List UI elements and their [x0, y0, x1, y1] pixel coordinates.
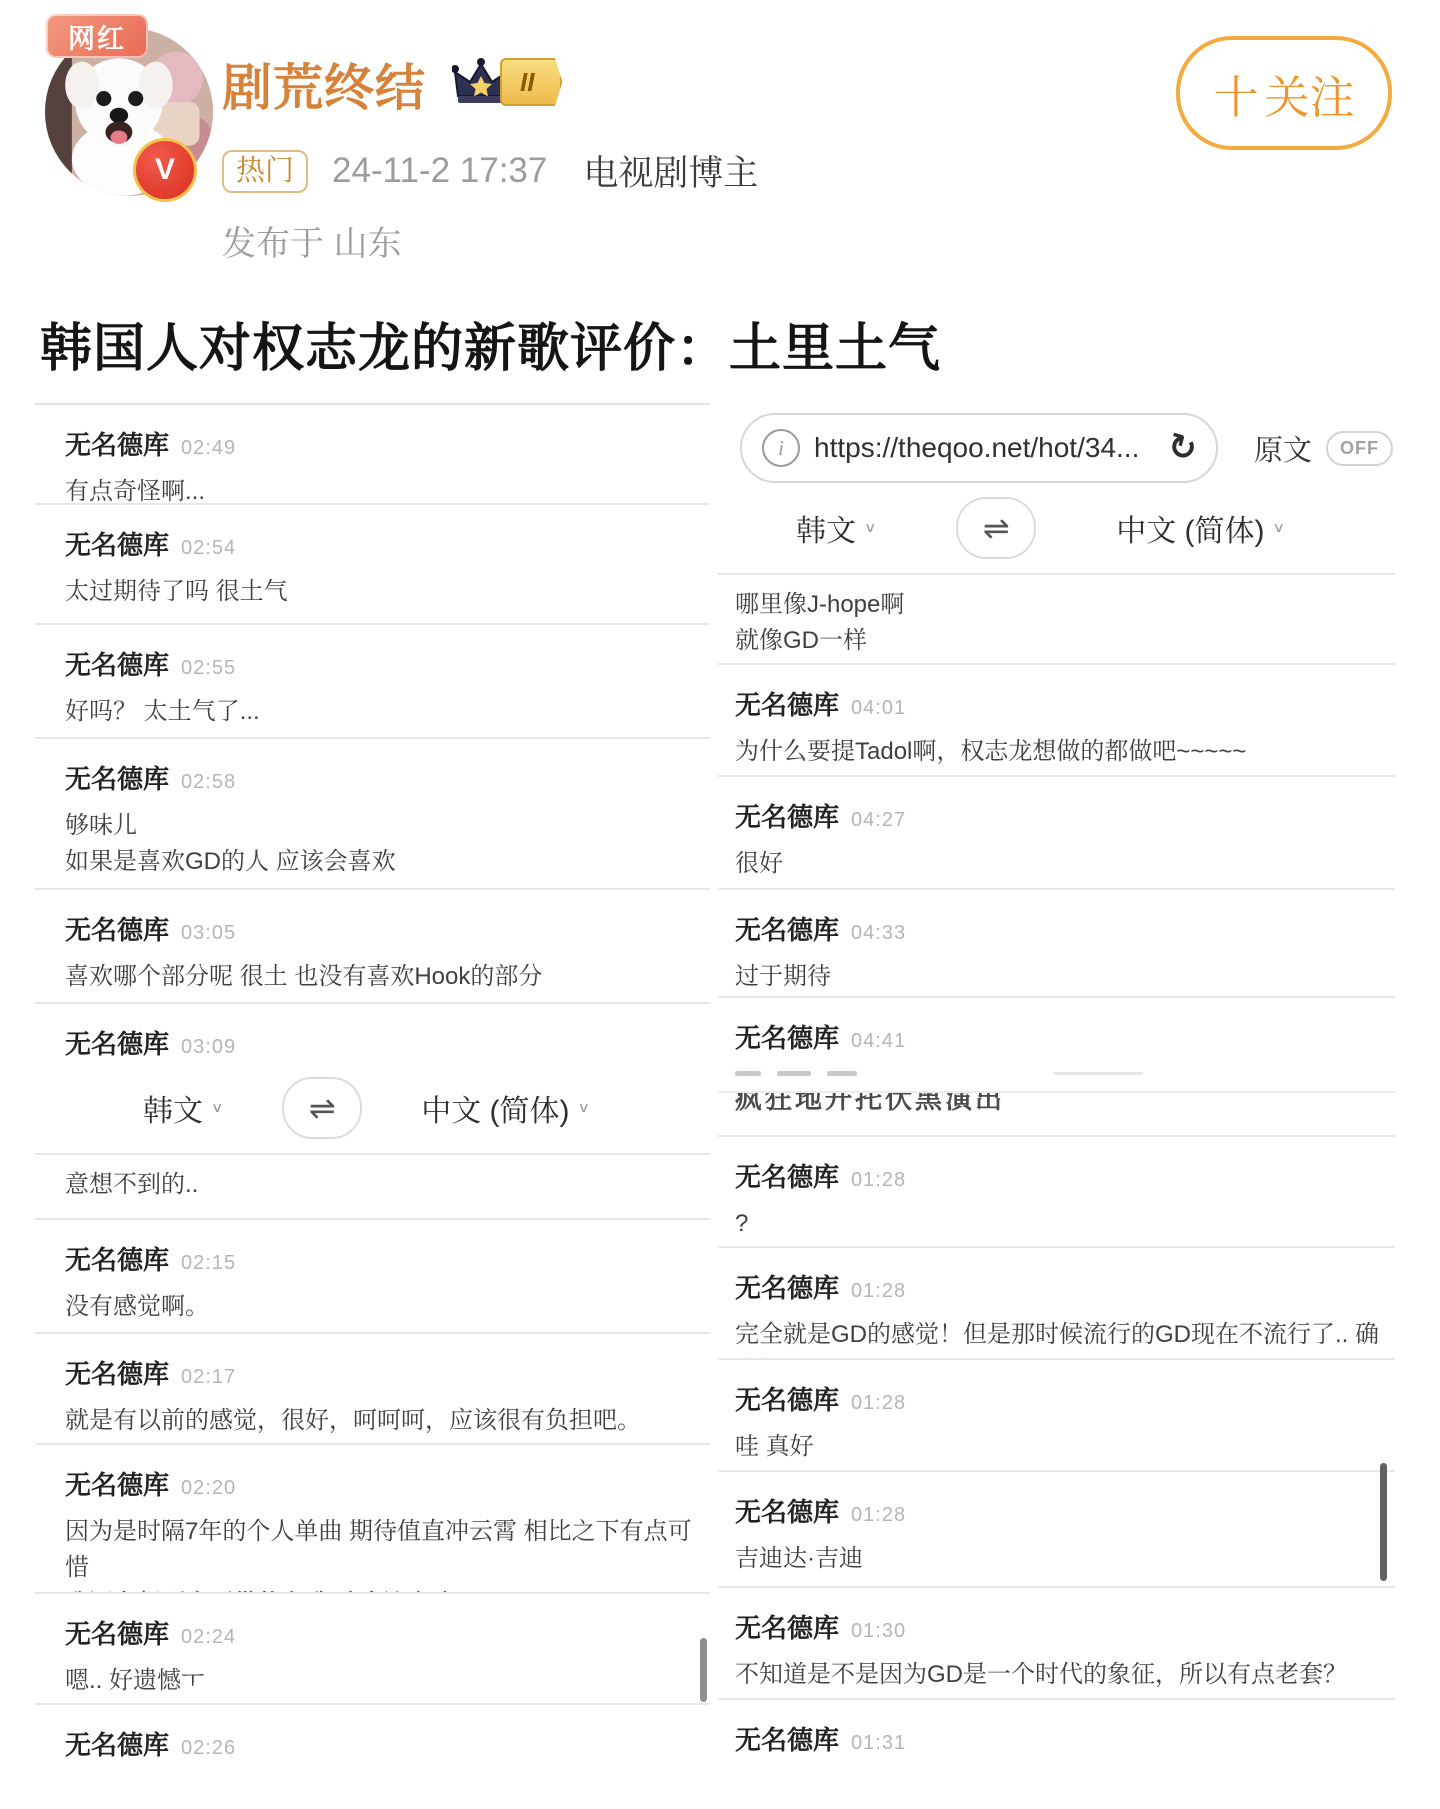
plus-icon: 十	[1213, 61, 1258, 126]
comment-body: 就是有以前的感觉，很好，呵呵呵，应该很有负担吧。	[65, 1403, 700, 1439]
chevron-down-icon: ∨	[211, 1100, 223, 1116]
comment-time: 03:05	[181, 922, 236, 945]
comment-author: 无名德库	[65, 1024, 169, 1061]
target-language-dropdown[interactable]: 中文 (简体)∨	[1116, 506, 1285, 550]
comment-text: 够味儿	[65, 808, 700, 844]
comment-text: 我还在想到底要带什么歌 才会这么晚	[65, 1586, 700, 1594]
comment-body: 完全就是GD的感觉！但是那时候流行的GD现在不流行了.. 确实如此	[735, 1317, 1385, 1360]
verified-v-icon: V	[133, 138, 197, 202]
url-text: https://theqoo.net/hot/34...	[814, 432, 1139, 464]
comment-text: 没有感觉啊。	[65, 1289, 700, 1325]
comment-time: 03:09	[181, 1036, 236, 1059]
comment-time: 01:28	[851, 1280, 906, 1303]
comment-text: 为什么要提Tadol啊，权志龙想做的都做吧~~~~~	[735, 734, 1385, 770]
comment-body: 吉迪达·吉迪	[735, 1541, 1385, 1577]
translator-bar: 韩文∨⇌中文 (简体)∨	[718, 493, 1395, 575]
comment-body: 不知道是不是因为GD是一个时代的象征，所以有点老套？	[735, 1657, 1385, 1693]
swap-languages-button[interactable]: ⇌	[956, 497, 1036, 559]
comment-time: 01:30	[851, 1620, 906, 1643]
comment-header: 无名德库01:30	[735, 1608, 1385, 1645]
comment-text: 吉迪达·吉迪	[735, 1541, 1385, 1577]
comment-body: 哇 真好	[735, 1429, 1385, 1465]
right-screenshot-scrollbar[interactable]	[1380, 1463, 1387, 1581]
comment-row: 无名德库02:58够味儿如果是喜欢GD的人 应该会喜欢	[35, 739, 710, 890]
comment-text: 太过期待了吗 很土气	[65, 574, 700, 610]
comment-row: 无名德库02:49有点奇怪啊...	[35, 405, 710, 505]
comment-text: 因为是时隔7年的个人单曲 期待值直冲云霄 相比之下有点可惜	[65, 1514, 700, 1586]
comment-author: 无名德库	[65, 425, 169, 462]
comment-row: 无名德库04:27很好	[718, 777, 1395, 890]
comment-body: 嗯.. 好遗憾ㅜ	[65, 1663, 700, 1699]
comment-header: 无名德库01:28	[735, 1492, 1385, 1529]
comment-text: 嗯.. 好遗憾ㅜ	[65, 1663, 700, 1699]
comment-header: 无名德库01:28	[735, 1268, 1385, 1305]
source-language-dropdown[interactable]: 韩文∨	[143, 1086, 223, 1130]
comment-text: ?	[735, 1206, 1385, 1242]
comment-header: 无名德库02:49	[65, 425, 700, 462]
comment-time: 02:15	[181, 1252, 236, 1275]
comment-header: 无名德库01:28	[735, 1157, 1385, 1194]
comment-time: 04:01	[851, 697, 906, 720]
comment-row: 无名德库01:31	[718, 1700, 1395, 1805]
comment-time: 02:17	[181, 1366, 236, 1389]
comment-author: 无名德库	[735, 797, 839, 834]
comment-header: 无名德库01:31	[735, 1720, 1385, 1757]
comment-row: 无名德库04:01为什么要提Tadol啊，权志龙想做的都做吧~~~~~	[718, 665, 1395, 777]
comment-row: 无名德库02:15没有感觉啊。	[35, 1220, 710, 1334]
comment-author: 无名德库	[735, 1608, 839, 1645]
comment-header: 无名德库03:05	[65, 910, 700, 947]
comment-time: 01:31	[851, 1732, 906, 1755]
comment-body: 为什么要提Tadol啊，权志龙想做的都做吧~~~~~	[735, 734, 1385, 770]
cropped-text-remnant	[735, 1065, 1385, 1081]
comment-author: 无名德库	[735, 1380, 839, 1417]
comment-body: 因为是时隔7年的个人单曲 期待值直冲云霄 相比之下有点可惜我还在想到底要带什么歌…	[65, 1514, 700, 1594]
comment-text: 有点奇怪啊...	[65, 474, 700, 505]
comment-row: 无名德库01:28?	[718, 1137, 1395, 1248]
comment-text: 就像GD一样	[735, 623, 1385, 659]
comment-body: 意想不到的..	[65, 1167, 700, 1203]
comment-row: 无名德库01:30不知道是不是因为GD是一个时代的象征，所以有点老套？	[718, 1588, 1395, 1700]
comment-author: 无名德库	[65, 759, 169, 796]
original-toggle-off[interactable]: OFF	[1326, 431, 1393, 466]
weibo-post-page: 网红 V 剧荒终结 II 热门 24-11-2 17:37 电视剧博主 发布于 …	[0, 0, 1440, 1809]
comment-author: 无名德库	[65, 1240, 169, 1277]
comment-text: 过于期待	[735, 959, 1385, 995]
comment-time: 01:28	[851, 1504, 906, 1527]
comment-row: 意想不到的..	[35, 1155, 710, 1220]
comment-text: 完全就是GD的感觉！但是那时候流行的GD现在不流行了.. 确实如此	[735, 1317, 1385, 1360]
level-roman-numeral: II	[500, 58, 562, 106]
comment-author: 无名德库	[735, 910, 839, 947]
refresh-icon[interactable]: ↻	[1163, 425, 1201, 471]
comment-author: 无名德库	[65, 1465, 169, 1502]
comment-author: 无名德库	[735, 1720, 839, 1757]
comment-header: 无名德库04:41	[735, 1018, 1385, 1055]
comment-time: 02:49	[181, 437, 236, 460]
username[interactable]: 剧荒终结	[222, 48, 426, 120]
comment-text: 哇 真好	[735, 1429, 1385, 1465]
hot-tag: 热门	[222, 150, 308, 193]
comment-text: 不知道是不是因为GD是一个时代的象征，所以有点老套？	[735, 1657, 1385, 1693]
comment-time: 02:24	[181, 1626, 236, 1649]
comment-row: 哪里像J-hope啊就像GD一样	[718, 575, 1395, 665]
chevron-down-icon: ∨	[864, 520, 876, 536]
chevron-down-icon: ∨	[1273, 520, 1285, 536]
comment-row: 无名德库01:28完全就是GD的感觉！但是那时候流行的GD现在不流行了.. 确实…	[718, 1248, 1395, 1360]
comment-author: 无名德库	[65, 525, 169, 562]
url-bar[interactable]: i https://theqoo.net/hot/34... ↻	[740, 413, 1218, 483]
comment-header: 无名德库02:24	[65, 1614, 700, 1651]
comment-time: 01:28	[851, 1169, 906, 1192]
comment-text: 喜欢哪个部分呢 很土 也没有喜欢Hook的部分	[65, 959, 700, 995]
original-text-label: 原文	[1254, 428, 1312, 469]
comment-body: 过于期待	[735, 959, 1385, 995]
comment-header: 无名德库02:55	[65, 645, 700, 682]
comment-text: 好吗？ 太土气了...	[65, 694, 700, 730]
comment-author: 无名德库	[735, 685, 839, 722]
comment-text: 意想不到的..	[65, 1167, 700, 1203]
comment-row: 无名德库02:17就是有以前的感觉，很好，呵呵呵，应该很有负担吧。	[35, 1334, 710, 1445]
comment-header: 无名德库03:09	[65, 1024, 700, 1061]
comment-header: 无名德库02:20	[65, 1465, 700, 1502]
influencer-badge: 网红	[46, 14, 148, 58]
comment-author: 无名德库	[735, 1018, 839, 1055]
post-meta: 热门 24-11-2 17:37 电视剧博主	[222, 146, 758, 196]
screenshot-right-column: i https://theqoo.net/hot/34... ↻ 原文 OFF …	[718, 403, 1395, 1805]
follow-button[interactable]: 十关注	[1176, 36, 1392, 150]
comment-text: 哪里像J-hope啊	[735, 587, 1385, 623]
info-icon: i	[762, 429, 800, 467]
comment-time: 04:41	[851, 1030, 906, 1053]
user-level-badge: II	[452, 56, 562, 108]
comment-time: 04:27	[851, 809, 906, 832]
screenshot-left-column: 无名德库02:49有点奇怪啊...无名德库02:54太过期待了吗 很土气无名德库…	[35, 403, 710, 1809]
comment-body: 没有感觉啊。	[65, 1289, 700, 1325]
comment-body: 有点奇怪啊...	[65, 474, 700, 505]
translator-widget: 韩文∨⇌中文 (简体)∨	[718, 497, 1395, 559]
comment-row: 无名德库02:20因为是时隔7年的个人单曲 期待值直冲云霄 相比之下有点可惜我还…	[35, 1445, 710, 1594]
comment-time: 04:33	[851, 922, 906, 945]
post-location: 发布于 山东	[222, 216, 401, 265]
comment-body: 哪里像J-hope啊就像GD一样	[735, 587, 1385, 659]
comment-header: 无名德库02:15	[65, 1240, 700, 1277]
comment-header: 无名德库02:26	[65, 1725, 700, 1762]
comment-body: 太过期待了吗 很土气	[65, 574, 700, 610]
chevron-down-icon: ∨	[578, 1100, 590, 1116]
comment-row: 无名德库02:26	[35, 1705, 710, 1809]
comment-author: 无名德库	[65, 910, 169, 947]
comment-body: 够味儿如果是喜欢GD的人 应该会喜欢	[65, 808, 700, 880]
comment-header: 无名德库02:58	[65, 759, 700, 796]
comment-row: 无名德库01:28吉迪达·吉迪	[718, 1472, 1395, 1588]
comment-row: 无名德库02:24嗯.. 好遗憾ㅜ	[35, 1594, 710, 1705]
comment-time: 02:58	[181, 771, 236, 794]
comment-row: 无名德库02:55好吗？ 太土气了...	[35, 625, 710, 739]
comment-row: 无名德库04:33过于期待	[718, 890, 1395, 998]
browser-url-row: i https://theqoo.net/hot/34... ↻ 原文 OFF	[718, 403, 1395, 493]
comment-row: 无名德库01:28哇 真好	[718, 1360, 1395, 1472]
comment-author: 无名德库	[735, 1268, 839, 1305]
comment-header: 无名德库01:28	[735, 1380, 1385, 1417]
comment-time: 02:20	[181, 1477, 236, 1500]
comment-author: 无名德库	[735, 1492, 839, 1529]
comment-author: 无名德库	[65, 645, 169, 682]
comment-author: 无名德库	[735, 1157, 839, 1194]
user-role: 电视剧博主	[583, 146, 758, 196]
comment-row: 无名德库03:05喜欢哪个部分呢 很土 也没有喜欢Hook的部分	[35, 890, 710, 1004]
comment-text: 如果是喜欢GD的人 应该会喜欢	[65, 844, 700, 880]
comment-header: 无名德库02:17	[65, 1354, 700, 1391]
comment-body: 很好	[735, 846, 1385, 882]
cropped-text-line: 疯狂地开托伏黑演出	[718, 1091, 1395, 1117]
comment-time: 02:55	[181, 657, 236, 680]
swap-languages-button[interactable]: ⇌	[282, 1077, 362, 1139]
source-language-dropdown[interactable]: 韩文∨	[796, 506, 876, 550]
comment-body: 喜欢哪个部分呢 很土 也没有喜欢Hook的部分	[65, 959, 700, 995]
comment-text: 很好	[735, 846, 1385, 882]
comment-header: 无名德库04:01	[735, 685, 1385, 722]
comment-author: 无名德库	[65, 1614, 169, 1651]
comment-author: 无名德库	[65, 1725, 169, 1762]
comment-text: 就是有以前的感觉，很好，呵呵呵，应该很有负担吧。	[65, 1403, 700, 1439]
comment-header: 无名德库04:27	[735, 797, 1385, 834]
comment-header: 无名德库04:33	[735, 910, 1385, 947]
translator-widget: 韩文∨⇌中文 (简体)∨	[65, 1077, 700, 1139]
target-language-dropdown[interactable]: 中文 (简体)∨	[421, 1086, 590, 1130]
post-title: 韩国人对权志龙的新歌评价：土里土气	[40, 306, 941, 381]
comment-header: 无名德库02:54	[65, 525, 700, 562]
comment-row: 无名德库02:54太过期待了吗 很土气	[35, 505, 710, 625]
comment-row: 无名德库04:41疯狂地开托伏黑演出	[718, 998, 1395, 1137]
left-screenshot-scrollbar[interactable]	[700, 1638, 707, 1702]
comment-author: 无名德库	[65, 1354, 169, 1391]
comment-row: 无名德库03:09韩文∨⇌中文 (简体)∨	[35, 1004, 710, 1155]
comment-time: 02:54	[181, 537, 236, 560]
comment-time: 01:28	[851, 1392, 906, 1415]
comment-body: 好吗？ 太土气了...	[65, 694, 700, 730]
comment-body: ?	[735, 1206, 1385, 1242]
comment-time: 02:26	[181, 1737, 236, 1760]
post-timestamp: 24-11-2 17:37	[332, 151, 547, 191]
